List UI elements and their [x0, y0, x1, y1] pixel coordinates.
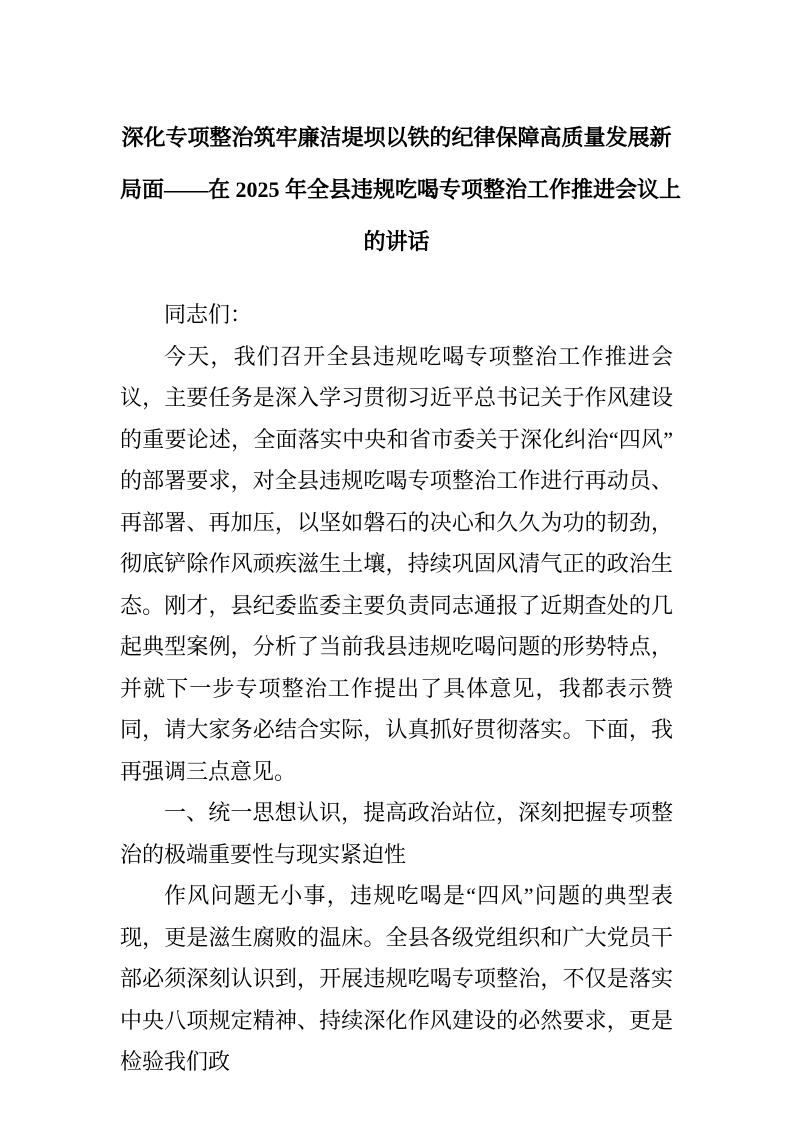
document-title-line-1: 深化专项整治筑牢廉洁堤坝以铁的纪律保障高质量发展新 [120, 112, 673, 164]
document-title: 深化专项整治筑牢廉洁堤坝以铁的纪律保障高质量发展新 局面——在 2025 年全县… [120, 112, 673, 268]
document-body: 同志们： 今天，我们召开全县违规吃喝专项整治工作推进会议，主要任务是深入学习贯彻… [120, 294, 673, 1083]
opening-paragraph: 今天，我们召开全县违规吃喝专项整治工作推进会议，主要任务是深入学习贯彻习近平总书… [120, 336, 673, 793]
section-1-paragraph: 作风问题无小事，违规吃喝是“四风”问题的典型表现，更是滋生腐败的温床。全县各级党… [120, 875, 673, 1083]
salutation-paragraph: 同志们： [120, 294, 673, 336]
document-title-line-3: 的讲话 [120, 216, 673, 268]
document-title-line-2: 局面——在 2025 年全县违规吃喝专项整治工作推进会议上 [120, 164, 673, 216]
section-heading-1: 一、统一思想认识，提高政治站位，深刻把握专项整治的极端重要性与现实紧迫性 [120, 792, 673, 875]
document-page: 深化专项整治筑牢廉洁堤坝以铁的纪律保障高质量发展新 局面——在 2025 年全县… [0, 0, 793, 1122]
